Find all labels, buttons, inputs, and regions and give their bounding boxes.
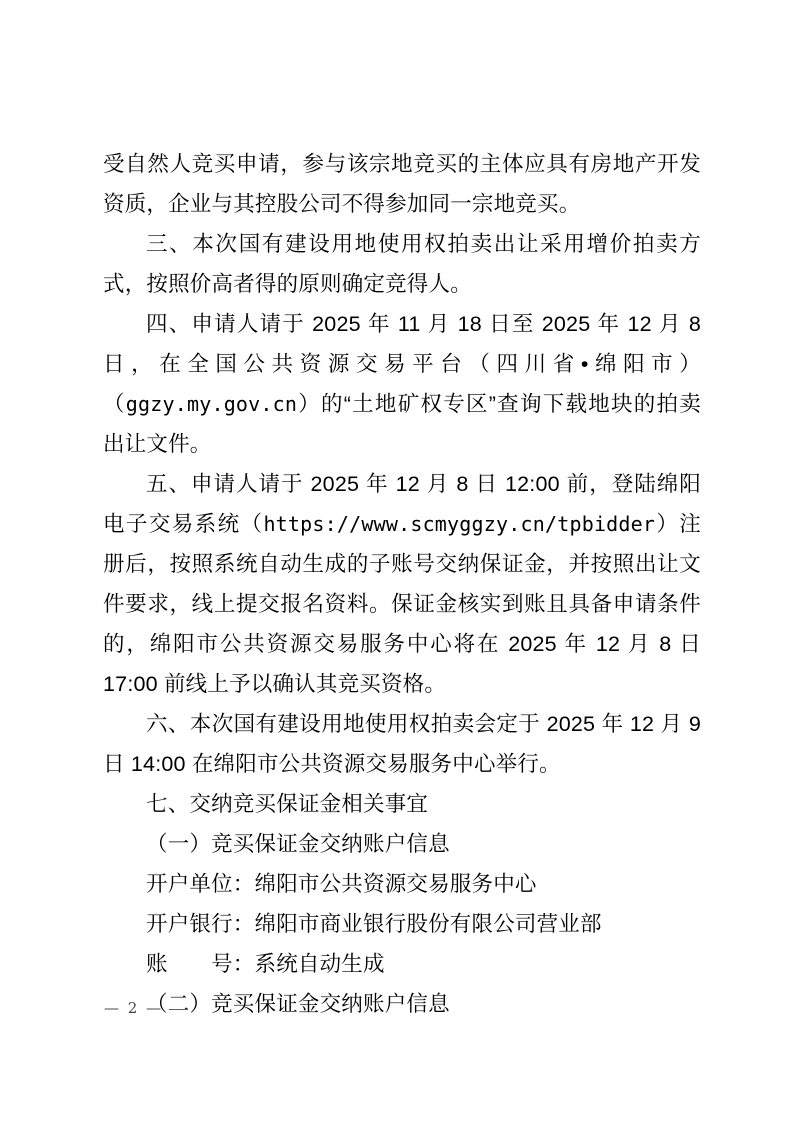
url-text-scmyggzy: https://www.scmyggzy.cn/tpbidder [263, 512, 655, 536]
paragraph-text: （一）竞买保证金交纳账户信息 [146, 832, 450, 856]
paragraph-clause-4: 四、申请人请于 2025 年 11 月 18 日至 2025 年 12 月 8 … [103, 304, 701, 464]
paragraph-clause-5: 五、申请人请于 2025 年 12 月 8 日 12:00 前，登陆绵阳电子交易… [103, 464, 701, 704]
subsection-1-heading: （一）竞买保证金交纳账户信息 [103, 824, 701, 864]
paragraph-continuation: 受自然人竞买申请，参与该宗地竞买的主体应具有房地产开发资质，企业与其控股公司不得… [103, 144, 701, 224]
paragraph-text: ）注册后，按照系统自动生成的子账号交纳保证金，并按照出让文件要求，线上提交报名资… [103, 512, 701, 696]
paragraph-text: 六、本次国有建设用地使用权拍卖会定于 2025 年 12 月 9 日 14:00… [103, 712, 701, 776]
paragraph-clause-6: 六、本次国有建设用地使用权拍卖会定于 2025 年 12 月 9 日 14:00… [103, 704, 701, 784]
paragraph-text: 三、本次国有建设用地使用权拍卖出让采用增价拍卖方式，按照价高者得的原则确定竞得人… [103, 232, 701, 296]
subsection-2-heading: （二）竞买保证金交纳账户信息 [103, 984, 701, 1024]
account-holder-line: 开户单位：绵阳市公共资源交易服务中心 [103, 864, 701, 904]
paragraph-text: 开户银行：绵阳市商业银行股份有限公司营业部 [146, 912, 602, 936]
paragraph-text: 账 号：系统自动生成 [146, 952, 385, 976]
bank-name-line: 开户银行：绵阳市商业银行股份有限公司营业部 [103, 904, 701, 944]
paragraph-clause-7-heading: 七、交纳竞买保证金相关事宜 [103, 784, 701, 824]
document-page: 受自然人竞买申请，参与该宗地竞买的主体应具有房地产开发资质，企业与其控股公司不得… [0, 0, 793, 1122]
paragraph-text: 七、交纳竞买保证金相关事宜 [146, 792, 428, 816]
paragraph-text: （二）竞买保证金交纳账户信息 [146, 992, 450, 1016]
paragraph-clause-3: 三、本次国有建设用地使用权拍卖出让采用增价拍卖方式，按照价高者得的原则确定竞得人… [103, 224, 701, 304]
paragraph-text: 受自然人竞买申请，参与该宗地竞买的主体应具有房地产开发资质，企业与其控股公司不得… [103, 152, 701, 216]
url-text-ggzy: ggzy.my.gov.cn [126, 392, 297, 416]
page-number: — 2 — [104, 997, 163, 1019]
document-body: 受自然人竞买申请，参与该宗地竞买的主体应具有房地产开发资质，企业与其控股公司不得… [103, 144, 701, 1024]
paragraph-text: 开户单位：绵阳市公共资源交易服务中心 [146, 872, 537, 896]
account-number-line: 账 号：系统自动生成 [103, 944, 701, 984]
